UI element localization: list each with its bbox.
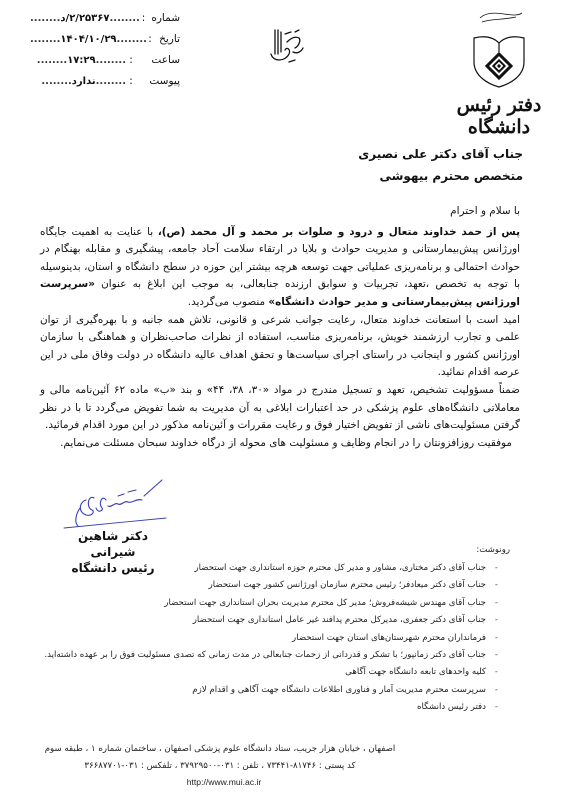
office-title: دفتر رئیس دانشگاه	[440, 94, 558, 138]
greeting: با سلام و احترام	[40, 203, 520, 221]
meta-colon: :	[126, 54, 136, 66]
meta-colon: :	[147, 33, 153, 45]
meta-number: شماره : ........۲/۲۵۳۶۷/د........	[30, 12, 180, 33]
cc-item: سرپرست محترم مدیریت آمار و فناوری اطلاعا…	[44, 682, 498, 699]
dots: ........	[41, 76, 71, 87]
bismillah-calligraphy-icon	[265, 24, 309, 66]
recipient-title: متخصص محترم بیهوشی	[358, 165, 523, 187]
handwritten-signature-icon	[58, 478, 168, 534]
university-logo: دفتر رئیس دانشگاه	[440, 8, 550, 128]
letter-number: ۲/۲۵۳۶۷/د	[60, 13, 109, 24]
meta-label: پیوست	[136, 75, 180, 87]
letter-footer: اصفهان ، خیابان هزار جریب، ستاد دانشگاه …	[40, 741, 400, 791]
meta-date: تاریخ : ........۱۴۰۴/۱۰/۲۹........	[30, 33, 180, 54]
cc-item: جناب آقای دکتر مختاری، مشاور و مدیر کل م…	[44, 560, 498, 577]
cc-block: رونوشت: جناب آقای دکتر مختاری، مشاور و م…	[44, 545, 510, 717]
recipient-name: جناب آقای دکتر علی نصیری	[358, 143, 523, 165]
letter-body: با سلام و احترام پس از حمد خداوند متعال …	[40, 203, 520, 452]
appointment-end: منصوب می‌گردید.	[188, 296, 269, 308]
dots: ........	[117, 34, 147, 45]
meta-colon: :	[140, 12, 147, 24]
cc-item: جناب آقای مهندس شیشه‌فروش؛ مدیر کل محترم…	[44, 595, 498, 612]
paragraph-appointment: پس از حمد خداوند متعال و درود و صلوات بر…	[40, 224, 520, 312]
dots: ........	[30, 34, 60, 45]
cc-item: دفتر رئیس دانشگاه	[44, 699, 498, 716]
meta-label: ساعت	[136, 54, 180, 66]
meta-colon: :	[126, 75, 136, 87]
meta-label: شماره	[147, 12, 180, 24]
meta-value: ........۱۷:۲۹........	[30, 55, 126, 66]
cc-list: جناب آقای دکتر مختاری، مشاور و مدیر کل م…	[44, 560, 510, 717]
cc-title: رونوشت:	[44, 545, 510, 555]
cc-item: جناب آقای دکتر زمانپور؛ با تشکر و قدردان…	[44, 647, 498, 664]
dots: ........	[37, 55, 67, 66]
cc-item: فرمانداران محترم شهرستان‌های استان جهت ا…	[44, 630, 498, 647]
letter-meta: شماره : ........۲/۲۵۳۶۷/د........ تاریخ …	[30, 12, 180, 96]
meta-attachment: پیوست : ........ندارد........	[30, 75, 180, 96]
opening-praise: پس از حمد خداوند متعال و درود و صلوات بر…	[158, 226, 520, 238]
letter-date: ۱۴۰۴/۱۰/۲۹	[60, 34, 116, 45]
meta-value: ........ندارد........	[30, 76, 126, 87]
letter-time: ۱۷:۲۹	[67, 55, 95, 66]
meta-label: تاریخ	[153, 33, 180, 45]
letter-attachment: ندارد	[72, 76, 96, 87]
meta-time: ساعت : ........۱۷:۲۹........	[30, 54, 180, 75]
paragraph-delegation: ضمناً مسؤولیت تشخیص، تعهد و تسجیل مندرج …	[40, 382, 520, 435]
dots: ........	[30, 13, 60, 24]
meta-value: ........۱۴۰۴/۱۰/۲۹........	[30, 34, 147, 45]
paragraph-expectations: امید است با استعانت خداوند متعال، رعایت …	[40, 312, 520, 382]
university-shield-icon	[470, 10, 528, 88]
cc-item: کلیه واحدهای تابعه دانشگاه جهت آگاهی	[44, 664, 498, 681]
dots: ........	[96, 55, 126, 66]
footer-address: اصفهان ، خیابان هزار جریب، ستاد دانشگاه …	[40, 741, 400, 758]
meta-value: ........۲/۲۵۳۶۷/د........	[30, 13, 140, 24]
closing-wishes: موفقیت روزافزونتان را در انجام وظایف و م…	[40, 435, 520, 453]
dots: ........	[96, 76, 126, 87]
recipient-block: جناب آقای دکتر علی نصیری متخصص محترم بیه…	[358, 143, 523, 187]
cc-item: جناب آقای دکتر جعفری، مدیرکل محترم پدافن…	[44, 612, 498, 629]
footer-website-link[interactable]: http://www.mui.ac.ir	[40, 774, 400, 791]
dots: ........	[109, 13, 139, 24]
official-letter: شماره : ........۲/۲۵۳۶۷/د........ تاریخ …	[0, 0, 565, 800]
cc-item: جناب آقای دکتر میعادفر؛ رئیس محترم سازما…	[44, 577, 498, 594]
footer-contact: کد پستی : ۸۱۷۴۶-۷۳۴۴۱ ، تلفن : ۰۳۱-۳۷۹۲۹…	[40, 758, 400, 775]
